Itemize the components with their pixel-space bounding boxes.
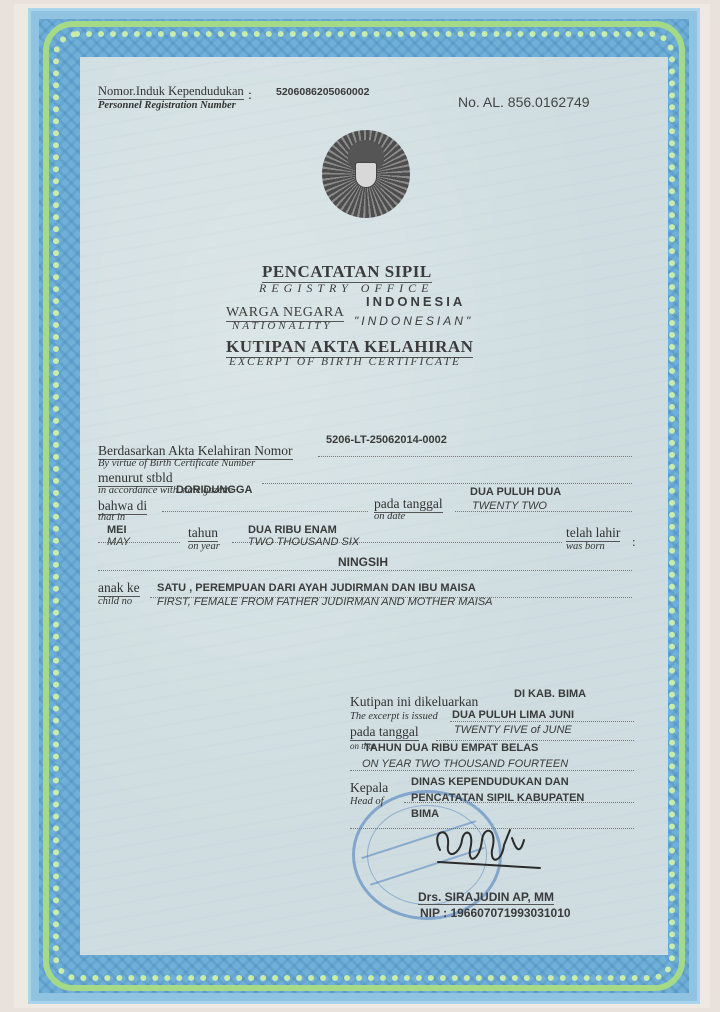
child-no-sublabel: child no bbox=[98, 596, 132, 607]
issued-date-label: pada tanggal bbox=[350, 724, 419, 741]
cert-number-value: 5206-LT-25062014-0002 bbox=[326, 434, 447, 446]
issued-year-value-en: ON YEAR TWO THOUSAND FOURTEEN bbox=[362, 758, 568, 770]
born-colon: : bbox=[632, 534, 636, 550]
nik-colon: : bbox=[248, 88, 252, 104]
document-title-en: EXCERPT OF BIRTH CERTIFICATE bbox=[229, 356, 461, 368]
nationality-value-en: "INDONESIAN" bbox=[354, 314, 473, 328]
shield-icon bbox=[355, 162, 377, 188]
cert-number-sublabel: By virtue of Birth Certificate Number bbox=[98, 458, 255, 469]
birth-date-value-en: TWENTY TWO bbox=[472, 500, 547, 512]
dotted-line bbox=[436, 740, 634, 741]
nik-sublabel: Personnel Registration Number bbox=[98, 100, 236, 111]
dotted-line bbox=[98, 570, 632, 571]
child-no-label: anak ke bbox=[98, 580, 140, 597]
birth-month-value: MEI bbox=[107, 524, 127, 536]
signature-icon bbox=[420, 810, 550, 880]
nationality-label-en: NATIONALITY bbox=[232, 320, 332, 332]
year-label: tahun bbox=[188, 525, 218, 542]
nik-value: 5206086205060002 bbox=[276, 86, 369, 98]
garuda-emblem-icon bbox=[322, 130, 410, 218]
birth-year-value-en: TWO THOUSAND SIX bbox=[248, 536, 359, 548]
registry-title: PENCATATAN SIPIL bbox=[262, 262, 432, 283]
birth-month-value-en: MAY bbox=[107, 536, 130, 548]
head-office-line1: DINAS KEPENDUDUKAN DAN bbox=[411, 776, 569, 788]
child-name: NINGSIH bbox=[338, 555, 388, 569]
date-sublabel: on date bbox=[374, 511, 405, 522]
dotted-line bbox=[318, 456, 632, 457]
document-title: KUTIPAN AKTA KELAHIRAN bbox=[226, 337, 473, 358]
born-label: telah lahir bbox=[566, 525, 620, 542]
official-name: Drs. SIRAJUDIN AP, MM bbox=[418, 890, 554, 905]
dotted-line bbox=[162, 511, 368, 512]
head-label: Kepala bbox=[350, 780, 388, 796]
birth-date-value: DUA PULUH DUA bbox=[470, 486, 561, 498]
head-sublabel: Head of bbox=[350, 796, 384, 807]
birth-place-value: DORIDUNGGA bbox=[176, 484, 252, 496]
nik-label: Nomor.Induk Kependudukan bbox=[98, 84, 244, 100]
child-no-value: SATU , PEREMPUAN DARI AYAH JUDIRMAN DAN … bbox=[157, 582, 476, 594]
dotted-line bbox=[350, 770, 634, 771]
place-sublabel: that in bbox=[98, 512, 125, 523]
child-no-value-en: FIRST, FEMALE FROM FATHER JUDIRMAN AND M… bbox=[157, 596, 493, 608]
dotted-line bbox=[262, 483, 632, 484]
official-nip: NIP : 196607071993031010 bbox=[420, 906, 571, 920]
born-sublabel: was born bbox=[566, 541, 605, 552]
issued-place: DI KAB. BIMA bbox=[514, 688, 586, 700]
birth-year-value: DUA RIBU ENAM bbox=[248, 524, 337, 536]
year-sublabel: on year bbox=[188, 541, 220, 552]
dotted-line bbox=[404, 802, 634, 803]
dotted-line bbox=[450, 721, 634, 722]
issued-date-value: DUA PULUH LIMA JUNI bbox=[452, 709, 574, 721]
nationality-value: INDONESIA bbox=[366, 294, 465, 309]
issued-label: Kutipan ini dikeluarkan bbox=[350, 694, 478, 710]
issued-sublabel: The excerpt is issued bbox=[350, 711, 438, 722]
issued-year-value: TAHUN DUA RIBU EMPAT BELAS bbox=[364, 742, 538, 754]
issued-date-value-en: TWENTY FIVE of JUNE bbox=[454, 724, 572, 736]
serial-number: No. AL. 856.0162749 bbox=[458, 94, 590, 110]
